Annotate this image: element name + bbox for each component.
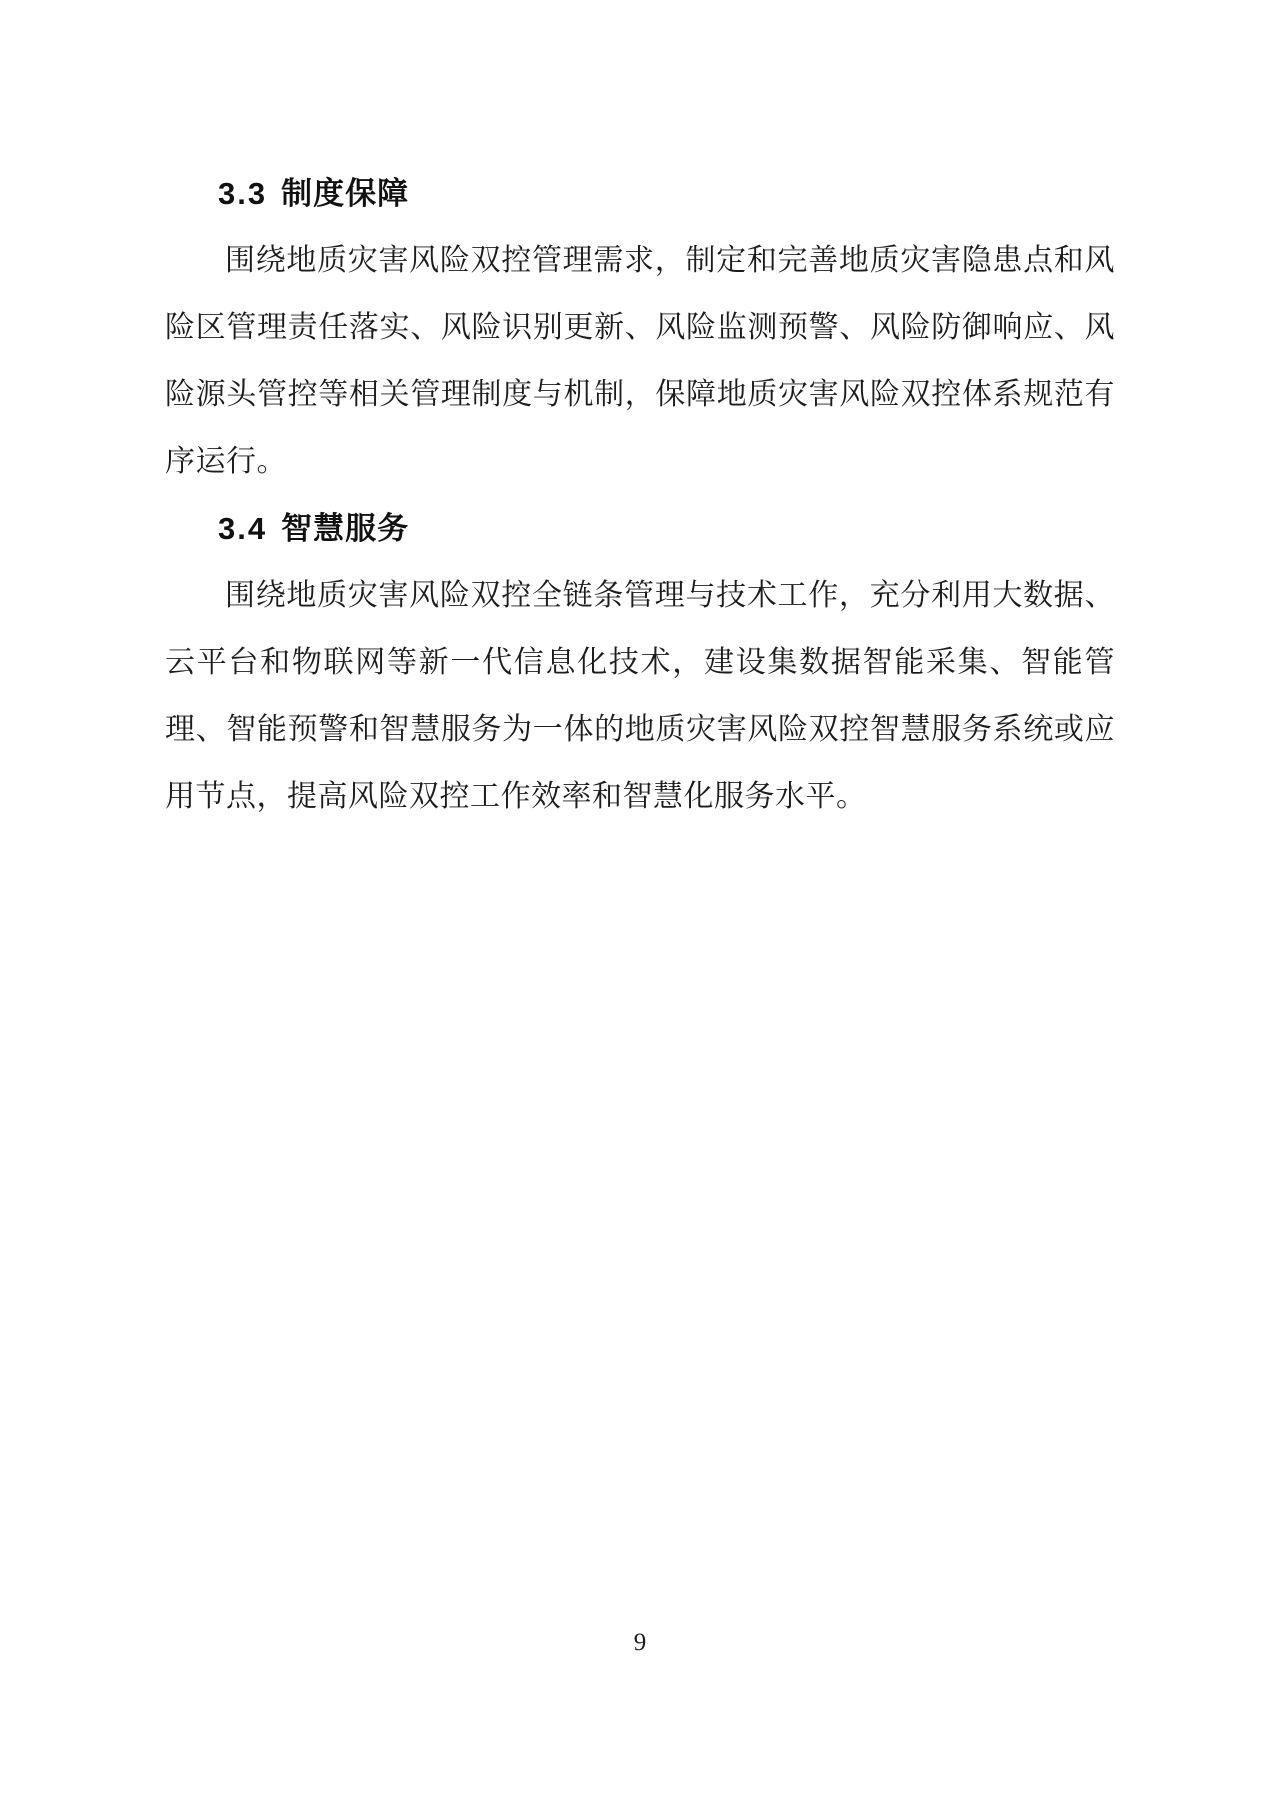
section-heading-3-3: 3.3制度保障 — [165, 160, 1115, 227]
section-number: 3.3 — [218, 176, 267, 211]
section-heading-3-4: 3.4智慧服务 — [165, 495, 1115, 562]
section-3-3-paragraph: 围绕地质灾害风险双控管理需求，制定和完善地质灾害隐患点和风险区管理责任落实、风险… — [165, 227, 1115, 495]
page-content: 3.3制度保障 围绕地质灾害风险双控管理需求，制定和完善地质灾害隐患点和风险区管… — [165, 0, 1115, 830]
section-title: 制度保障 — [281, 176, 409, 211]
page-number: 9 — [0, 1628, 1280, 1658]
section-title: 智慧服务 — [281, 511, 409, 546]
section-number: 3.4 — [218, 511, 267, 546]
section-3-4-paragraph: 围绕地质灾害风险双控全链条管理与技术工作，充分利用大数据、云平台和物联网等新一代… — [165, 562, 1115, 830]
document-page: 3.3制度保障 围绕地质灾害风险双控管理需求，制定和完善地质灾害隐患点和风险区管… — [0, 0, 1280, 1810]
